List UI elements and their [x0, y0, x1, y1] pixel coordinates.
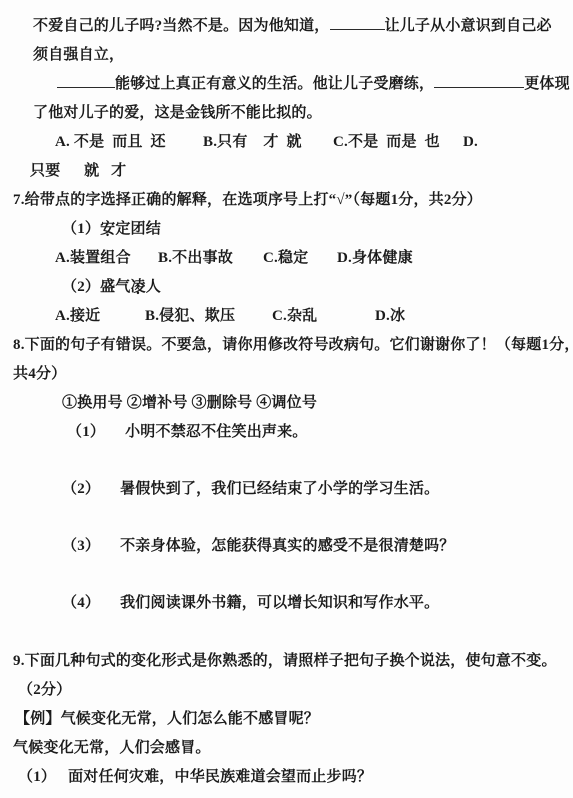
q8-item-3-number: （3） [62, 538, 100, 554]
q7-item-2-word: （2）盛气凌人 [62, 273, 573, 302]
q7-section: 7.给带点的字选择正确的解释，在选项序号上打“√”（每题1分，共2分） （1）安… [0, 186, 573, 331]
q7-item-1-number: （1） [62, 221, 100, 237]
q7-item-1-option-c: C.稳定 [263, 244, 337, 273]
q6-option-a: A. 不是 而且 还 [55, 128, 203, 157]
q6-text: 须自强自立， [33, 47, 124, 63]
fill-in-blank [57, 72, 115, 88]
q6-text: 让儿子从小意识到自己必 [385, 18, 552, 34]
q8-item-3-sentence: 不亲身体验，怎能获得真实的感受不是很清楚吗？ [120, 538, 454, 554]
q7-item-1-options: A.装置组合 B.不出事故 C.稳定 D.身体健康 [55, 244, 573, 273]
q6-option-d: D. [463, 128, 478, 157]
q9-title-line-2: （2分） [18, 676, 573, 705]
q8-item-1: （1）小明不禁忍不住笑出声来。 [67, 418, 573, 447]
q9-item-1-number: （1） [18, 769, 56, 785]
q7-item-2-options: A.接近 B.侵犯、欺压 C.杂乱 D.冰 [55, 302, 573, 331]
q6-passage-line-3: 能够过上真正有意义的生活。他让儿子受磨练，更体现 [57, 70, 573, 99]
q9-item-1: （1）面对任何灾难，中华民族难道会望而止步吗？ [18, 763, 573, 792]
q7-title: 7.给带点的字选择正确的解释，在选项序号上打“√”（每题1分，共2分） [13, 186, 573, 215]
q9-example-label: 【例】 [15, 711, 61, 727]
q7-item-1-word: （1）安定团结 [62, 215, 573, 244]
q7-item-2-option-d: D.冰 [375, 302, 405, 331]
q8-item-1-number: （1） [67, 424, 105, 440]
q9-title-line-1: 9.下面几种句式的变化形式是你熟悉的，请照样子把句子换个说法，使句意不变。 [13, 647, 573, 676]
q7-item-2-dotted-char: 凌 [131, 273, 146, 302]
q9-section: 9.下面几种句式的变化形式是你熟悉的，请照样子把句子换个说法，使句意不变。 （2… [0, 647, 573, 792]
q7-item-1-option-b: B.不出事故 [158, 244, 263, 273]
q7-item-2-number: （2） [62, 279, 100, 295]
q8-title-line-2: 共4分） [13, 360, 573, 389]
q6-text: 能够过上真正有意义的生活。他让儿子受磨练， [115, 76, 434, 92]
q7-item-2-post: 人 [146, 279, 161, 295]
q6-text: 更体现 [524, 76, 570, 92]
q7-item-1-post: 定团结 [115, 221, 161, 237]
q7-item-2-option-a: A.接近 [55, 302, 145, 331]
fill-in-blank [434, 72, 524, 88]
q6-option-c: C.不是 而是 也 [333, 128, 463, 157]
q8-item-1-sentence: 小明不禁忍不住笑出声来。 [125, 424, 307, 440]
q6-passage-line-2: 须自强自立， [33, 41, 573, 70]
q7-item-2-option-c: C.杂乱 [272, 302, 375, 331]
q8-item-2-sentence: 暑假快到了，我们已经结束了小学的学习生活。 [120, 481, 439, 497]
q8-item-4: （4）我们阅读课外书籍，可以增长知识和写作水平。 [62, 589, 573, 618]
q6-passage: 不爱自己的儿子吗?当然不是。因为他知道，让儿子从小意识到自己必 须自强自立， 能… [0, 12, 573, 186]
q9-example-question-text: 气候变化无常，人们怎么能不感冒呢？ [61, 711, 319, 727]
q8-item-2-number: （2） [62, 481, 100, 497]
q9-example-answer: 气候变化无常，人们会感冒。 [13, 734, 573, 763]
q8-item-4-number: （4） [62, 595, 100, 611]
q7-item-1-option-d: D.身体健康 [337, 244, 413, 273]
q8-section: 8.下面的句子有错误。不要急，请你用修改符号改病句。它们谢谢你了！（每题1分， … [0, 331, 573, 618]
q6-text: 不爱自己的儿子吗?当然不是。因为他知道， [33, 18, 330, 34]
q8-item-4-sentence: 我们阅读课外书籍，可以增长知识和写作水平。 [120, 595, 439, 611]
q6-option-b: B.只有 才 就 [203, 128, 333, 157]
q8-item-2: （2）暑假快到了，我们已经结束了小学的学习生活。 [62, 475, 573, 504]
q6-text: 了他对儿子的爱，这是金钱所不能比拟的。 [33, 105, 322, 121]
q7-item-1-dotted-char: 安 [100, 215, 115, 244]
q8-item-3: （3）不亲身体验，怎能获得真实的感受不是很清楚吗？ [62, 532, 573, 561]
q7-item-2-option-b: B.侵犯、欺压 [145, 302, 272, 331]
q9-example-question: 【例】气候变化无常，人们怎么能不感冒呢？ [15, 705, 573, 734]
exam-paper-page: 不爱自己的儿子吗?当然不是。因为他知道，让儿子从小意识到自己必 须自强自立， 能… [0, 0, 573, 798]
q7-item-2-pre: 盛气 [100, 279, 130, 295]
q8-title-line-1: 8.下面的句子有错误。不要急，请你用修改符号改病句。它们谢谢你了！（每题1分， [13, 331, 573, 360]
fill-in-blank [330, 14, 385, 30]
q6-options-row: A. 不是 而且 还 B.只有 才 就 C.不是 而是 也 D. [55, 128, 573, 157]
q6-passage-line-1: 不爱自己的儿子吗?当然不是。因为他知道，让儿子从小意识到自己必 [33, 12, 573, 41]
q8-correction-marks-legend: ①换用号 ②增补号 ③删除号 ④调位号 [62, 389, 573, 418]
q6-passage-line-4: 了他对儿子的爱，这是金钱所不能比拟的。 [33, 99, 573, 128]
q6-option-d-continued: 只要 就 才 [30, 157, 573, 186]
q9-item-1-sentence: 面对任何灾难，中华民族难道会望而止步吗？ [68, 769, 372, 785]
